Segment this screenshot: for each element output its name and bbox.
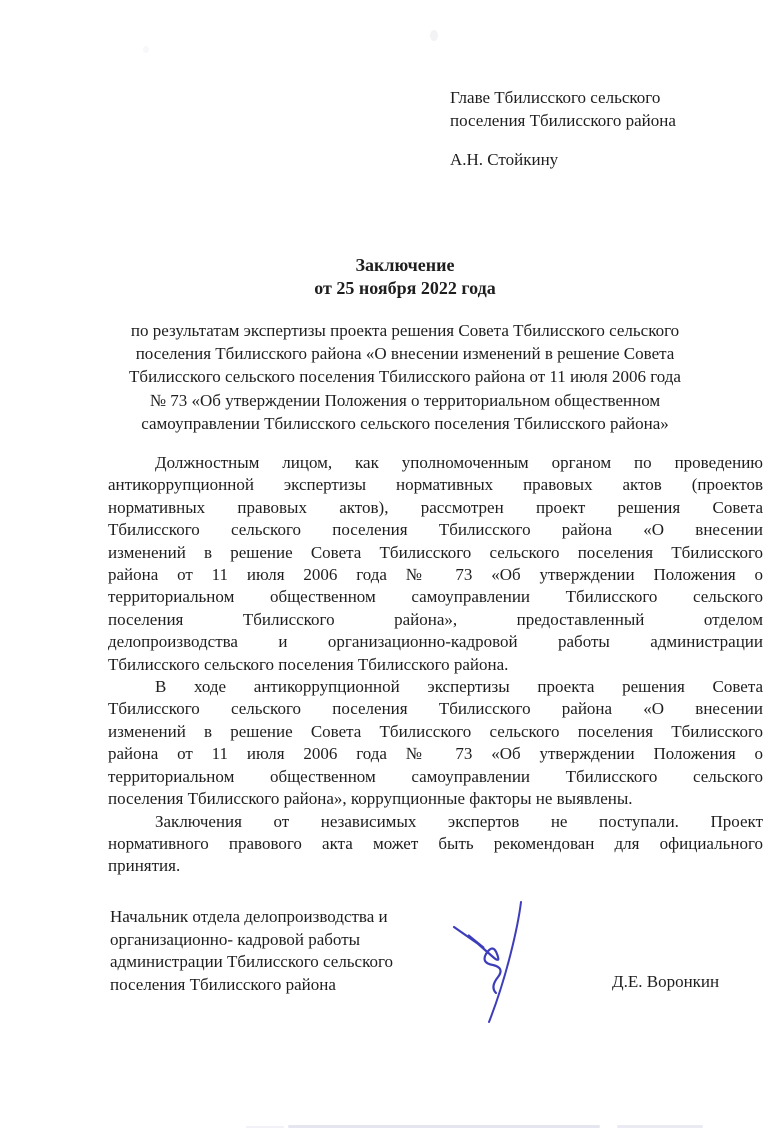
addressee-block: Главе Тбилисского сельскогопоселения Тби… <box>450 86 750 132</box>
handwritten-signature <box>447 896 539 1028</box>
body-line: делопроизводства и организационно-кадров… <box>108 631 763 653</box>
signature-zigzag-stroke <box>454 927 501 993</box>
signature-position-block: Начальник отдела делопроизводства иорган… <box>110 906 470 996</box>
body-line: Тбилисского сельского поселения Тбилисск… <box>108 654 763 676</box>
body-line: территориальном общественном самоуправле… <box>108 766 763 788</box>
scan-artifact-dot <box>143 46 149 53</box>
signature-position-line: администрации Тбилисского сельского <box>110 951 470 974</box>
body-line: В ходе антикоррупционной экспертизы прое… <box>108 676 763 698</box>
paragraph-2: В ходе антикоррупционной экспертизы прое… <box>108 676 763 810</box>
body-line: района от 11 июля 2006 года № 73 «Об утв… <box>108 743 763 765</box>
document-title: Заключение от 25 ноября 2022 года <box>60 254 750 300</box>
body-line: территориальном общественном самоуправле… <box>108 586 763 608</box>
subject-block: по результатам экспертизы проекта решени… <box>60 319 750 435</box>
body-line: изменений в решение Совета Тбилисского с… <box>108 542 763 564</box>
subject-line: Тбилисского сельского поселения Тбилисск… <box>60 365 750 388</box>
subject-line: № 73 «Об утверждении Положения о террито… <box>60 389 750 412</box>
body-line: Тбилисского сельского поселения Тбилисск… <box>108 519 763 541</box>
body-line: принятия. <box>108 855 763 877</box>
body-line: поселения Тбилисского района», коррупцио… <box>108 788 763 810</box>
signature-position-line: Начальник отдела делопроизводства и <box>110 906 470 929</box>
addressee-name: А.Н. Стойкину <box>450 148 750 171</box>
scan-artifact-line <box>288 1125 600 1128</box>
title-line: Заключение <box>60 254 750 277</box>
body-line: Должностным лицом, как уполномоченным ор… <box>108 452 763 474</box>
body-line: Заключения от независимых экспертов не п… <box>108 811 763 833</box>
scan-artifact-dot <box>430 30 438 41</box>
scanned-document-page: Главе Тбилисского сельскогопоселения Тби… <box>0 0 784 1130</box>
subject-line: самоуправлении Тбилисского сельского пос… <box>60 412 750 435</box>
scan-artifact-line <box>617 1125 703 1128</box>
signature-position-line: поселения Тбилисского района <box>110 974 470 997</box>
signature-position-line: организационно- кадровой работы <box>110 929 470 952</box>
signatory-name: Д.Е. Воронкин <box>612 971 772 993</box>
paragraph-3: Заключения от независимых экспертов не п… <box>108 811 763 878</box>
subject-line: по результатам экспертизы проекта решени… <box>60 319 750 342</box>
addressee-line: Главе Тбилисского сельского <box>450 86 750 109</box>
body-line: изменений в решение Совета Тбилисского с… <box>108 721 763 743</box>
body-text: Должностным лицом, как уполномоченным ор… <box>108 452 763 878</box>
subject-line: поселения Тбилисского района «О внесении… <box>60 342 750 365</box>
body-line: антикоррупционной экспертизы нормативных… <box>108 474 763 496</box>
signature-long-stroke <box>489 902 521 1022</box>
body-line: района от 11 июля 2006 года № 73 «Об утв… <box>108 564 763 586</box>
body-line: нормативного правового акта может быть р… <box>108 833 763 855</box>
body-line: нормативных правовых актов), рассмотрен … <box>108 497 763 519</box>
addressee-line: поселения Тбилисского района <box>450 109 750 132</box>
scan-artifact-line <box>246 1126 284 1128</box>
paragraph-1: Должностным лицом, как уполномоченным ор… <box>108 452 763 676</box>
body-line: Тбилисского сельского поселения Тбилисск… <box>108 698 763 720</box>
title-date-line: от 25 ноября 2022 года <box>60 277 750 300</box>
body-line: поселения Тбилисского района», предостав… <box>108 609 763 631</box>
